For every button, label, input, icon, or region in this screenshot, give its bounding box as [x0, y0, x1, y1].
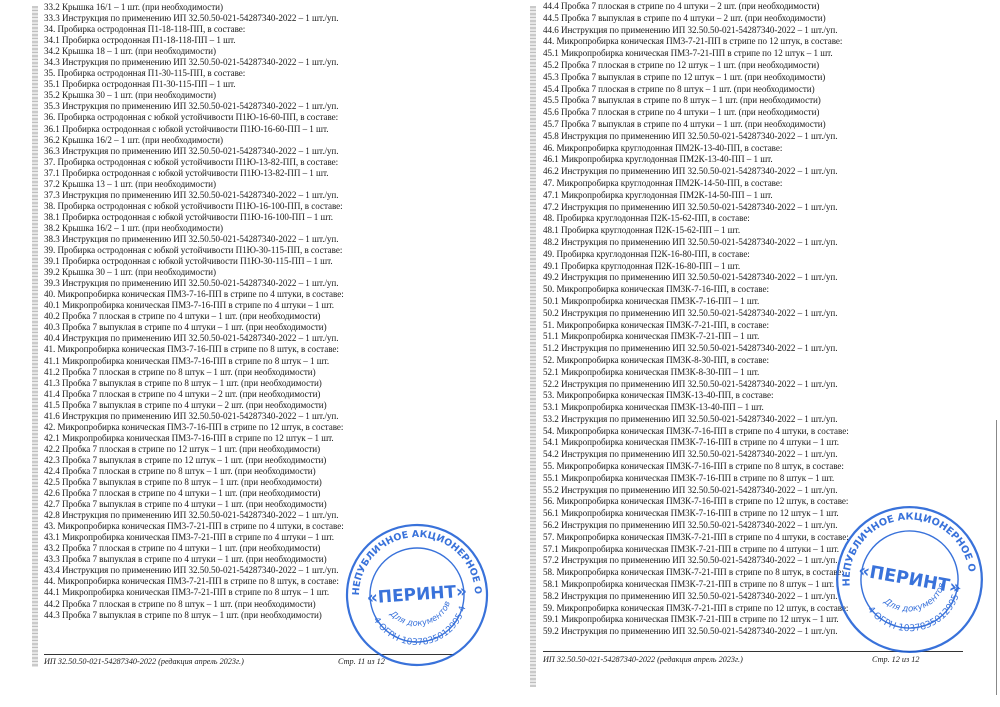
list-item: 51.2 Инструкция по применению ИП 32.50.5…	[543, 343, 849, 355]
list-item: 36.2 Крышка 16/2 – 1 шт. (при необходимо…	[44, 135, 344, 146]
list-item: 49. Пробирка круглодонная П2К-16-80-ПП, …	[543, 249, 849, 261]
item-list: 44.4 Пробка 7 плоская в стрипе по 4 штук…	[543, 1, 849, 638]
list-item: 34.3 Инструкция по применению ИП 32.50.5…	[44, 57, 344, 68]
list-item: 46.2 Инструкция по применению ИП 32.50.5…	[543, 166, 849, 178]
list-item: 38. Пробирка остродонная с юбкой устойчи…	[44, 201, 344, 212]
list-item: 40.4 Инструкция по применению ИП 32.50.5…	[44, 333, 344, 344]
list-item: 47. Микропробирка круглодонная ПМ2К-14-5…	[543, 178, 849, 190]
list-item: 43. Микропробирка коническая ПМ3-7-21-ПП…	[44, 521, 344, 532]
list-item: 45.6 Пробка 7 плоская в стрипе по 4 штук…	[543, 107, 849, 119]
list-item: 49.2 Инструкция по применению ИП 32.50.5…	[543, 272, 849, 284]
list-item: 35.2 Крышка 30 – 1 шт. (при необходимост…	[44, 90, 344, 101]
footer-document-code: ИП 32.50.50-021-54287340-2022 (редакция …	[543, 655, 743, 664]
list-item: 43.4 Инструкция по применению ИП 32.50.5…	[44, 565, 344, 576]
list-item: 33.3 Инструкция по применению ИП 32.50.5…	[44, 13, 344, 24]
list-item: 52.1 Микропробирка коническая ПМ3К-8-30-…	[543, 367, 849, 379]
company-stamp: НЕПУБЛИЧНОЕ АКЦИОНЕРНОЕ ОБЩЕСТВО 4 ОГРН …	[820, 490, 1000, 670]
list-item: 50.1 Микропробирка коническая ПМ3К-7-16-…	[543, 296, 849, 308]
list-item: 54. Микропробирка коническая ПМ3К-7-16-П…	[543, 426, 849, 438]
list-item: 47.1 Микропробирка круглодонная ПМ2К-14-…	[543, 190, 849, 202]
list-item: 55.1 Микропробирка коническая ПМ3К-7-16-…	[543, 473, 849, 485]
list-item: 38.2 Крышка 16/2 – 1 шт. (при необходимо…	[44, 223, 344, 234]
list-item: 42.8 Инструкция по применению ИП 32.50.5…	[44, 510, 344, 521]
list-item: 40. Микропробирка коническая ПМ3-7-16-ПП…	[44, 289, 344, 300]
list-item: 44.6 Инструкция по применению ИП 32.50.5…	[543, 25, 849, 37]
list-item: 44.5 Пробка 7 выпуклая в стрипе по 4 шту…	[543, 13, 849, 25]
list-item: 56.1 Микропробирка коническая ПМ3К-7-16-…	[543, 508, 849, 520]
list-item: 37.3 Инструкция по применению ИП 32.50.5…	[44, 190, 344, 201]
list-item: 42.7 Пробка 7 выпуклая в стрипе по 4 шту…	[44, 499, 344, 510]
list-item: 42.2 Пробка 7 плоская в стрипе по 12 шту…	[44, 444, 344, 455]
list-item: 50.2 Инструкция по применению ИП 32.50.5…	[543, 308, 849, 320]
list-item: 42.1 Микропробирка коническая ПМ3-7-16-П…	[44, 433, 344, 444]
list-item: 33.2 Крышка 16/1 – 1 шт. (при необходимо…	[44, 2, 344, 13]
list-item: 35. Пробирка остродонная П1-30-115-ПП, в…	[44, 68, 344, 79]
list-item: 42.6 Пробка 7 плоская в стрипе по 4 штук…	[44, 488, 344, 499]
list-item: 34.1 Пробирка остродонная П1-18-118-ПП –…	[44, 35, 344, 46]
list-item: 45.3 Пробка 7 выпуклая в стрипе по 12 шт…	[543, 72, 849, 84]
list-item: 43.3 Пробка 7 выпуклая в стрипе по 4 шту…	[44, 554, 344, 565]
list-item: 57.2 Инструкция по применению ИП 32.50.5…	[543, 555, 849, 567]
list-item: 36.1 Пробирка остродонная с юбкой устойч…	[44, 124, 344, 135]
list-item: 48. Пробирка круглодонная П2К-15-62-ПП, …	[543, 213, 849, 225]
list-item: 43.1 Микропробирка коническая ПМ3-7-21-П…	[44, 532, 344, 543]
list-item: 45.7 Пробка 7 выпуклая в стрипе по 4 шту…	[543, 119, 849, 131]
list-item: 45.8 Инструкция по применению ИП 32.50.5…	[543, 131, 849, 143]
list-item: 38.3 Инструкция по применению ИП 32.50.5…	[44, 234, 344, 245]
list-item: 41.1 Микропробирка коническая ПМ3-7-16-П…	[44, 356, 344, 367]
list-item: 39.3 Инструкция по применению ИП 32.50.5…	[44, 278, 344, 289]
list-item: 35.1 Пробирка остродонная П1-30-115-ПП –…	[44, 79, 344, 90]
list-item: 59.1 Микропробирка коническая ПМ3К-7-21-…	[543, 614, 849, 626]
list-item: 57. Микропробирка коническая ПМ3К-7-21-П…	[543, 532, 849, 544]
list-item: 44.2 Пробка 7 плоская в стрипе по 8 штук…	[44, 599, 344, 610]
list-item: 58.2 Инструкция по применению ИП 32.50.5…	[543, 591, 849, 603]
list-item: 40.1 Микропробирка коническая ПМ3-7-16-П…	[44, 300, 344, 311]
list-item: 51.1 Микропробирка коническая ПМ3К-7-21-…	[543, 331, 849, 343]
list-item: 36.3 Инструкция по применению ИП 32.50.5…	[44, 146, 344, 157]
list-item: 34.2 Крышка 18 – 1 шт. (при необходимост…	[44, 46, 344, 57]
list-item: 42.4 Пробка 7 плоская в стрипе по 8 штук…	[44, 466, 344, 477]
list-item: 53.2 Инструкция по применению ИП 32.50.5…	[543, 414, 849, 426]
list-item: 43.2 Пробка 7 плоская в стрипе по 4 штук…	[44, 543, 344, 554]
list-item: 44.3 Пробка 7 выпуклая в стрипе по 8 шту…	[44, 610, 344, 621]
list-item: 59. Микропробирка коническая ПМ3К-7-21-П…	[543, 603, 849, 615]
list-item: 56. Микропробирка коническая ПМ3К-7-16-П…	[543, 496, 849, 508]
list-item: 53. Микропробирка коническая ПМ3К-13-40-…	[543, 390, 849, 402]
list-item: 56.2 Инструкция по применению ИП 32.50.5…	[543, 520, 849, 532]
list-item: 51. Микропробирка коническая ПМ3К-7-21-П…	[543, 320, 849, 332]
stamp-seal-icon: НЕПУБЛИЧНОЕ АКЦИОНЕРНОЕ ОБЩЕСТВО 4 ОГРН …	[337, 515, 497, 675]
list-item: 44. Микропробирка коническая ПМ3-7-21-ПП…	[543, 36, 849, 48]
list-item: 52.2 Инструкция по применению ИП 32.50.5…	[543, 379, 849, 391]
list-item: 57.1 Микропробирка коническая ПМ3К-7-21-…	[543, 544, 849, 556]
list-item: 47.2 Инструкция по применению ИП 32.50.5…	[543, 202, 849, 214]
list-item: 46.1 Микропробирка круглодонная ПМ2К-13-…	[543, 154, 849, 166]
footer-document-code: ИП 32.50.50-021-54287340-2022 (редакция …	[44, 657, 244, 666]
scan-binding-edge	[32, 6, 38, 667]
list-item: 40.2 Пробка 7 плоская в стрипе по 4 штук…	[44, 311, 344, 322]
list-item: 44.1 Микропробирка коническая ПМ3-7-21-П…	[44, 587, 344, 598]
list-item: 41. Микропробирка коническая ПМ3-7-16-ПП…	[44, 344, 344, 355]
list-item: 46. Микропробирка круглодонная ПМ2К-13-4…	[543, 143, 849, 155]
item-list: 33.2 Крышка 16/1 – 1 шт. (при необходимо…	[44, 2, 344, 621]
list-item: 49.1 Пробирка круглодонная П2К-16-80-ПП …	[543, 261, 849, 273]
list-item: 45.4 Пробка 7 плоская в стрипе по 8 штук…	[543, 84, 849, 96]
list-item: 44.4 Пробка 7 плоская в стрипе по 4 штук…	[543, 1, 849, 13]
list-item: 39. Пробирка остродонная с юбкой устойчи…	[44, 245, 344, 256]
list-item: 52. Микропробирка коническая ПМ3К-8-30-П…	[543, 355, 849, 367]
list-item: 34. Пробирка остродонная П1-18-118-ПП, в…	[44, 24, 344, 35]
list-item: 42. Микропробирка коническая ПМ3-7-16-ПП…	[44, 422, 344, 433]
list-item: 41.6 Инструкция по применению ИП 32.50.5…	[44, 411, 344, 422]
list-item: 54.1 Микропробирка коническая ПМ3К-7-16-…	[543, 437, 849, 449]
list-item: 39.2 Крышка 30 – 1 шт. (при необходимост…	[44, 267, 344, 278]
list-item: 36. Пробирка остродонная с юбкой устойчи…	[44, 112, 344, 123]
list-item: 41.5 Пробка 7 выпуклая в стрипе по 4 шту…	[44, 400, 344, 411]
list-item: 37. Пробирка остродонная с юбкой устойчи…	[44, 157, 344, 168]
list-item: 37.2 Крышка 13 – 1 шт. (при необходимост…	[44, 179, 344, 190]
list-item: 58. Микропробирка коническая ПМ3К-7-21-П…	[543, 567, 849, 579]
list-item: 35.3 Инструкция по применению ИП 32.50.5…	[44, 101, 344, 112]
left-page: 33.2 Крышка 16/1 – 1 шт. (при необходимо…	[0, 0, 500, 707]
list-item: 38.1 Пробирка остродонная с юбкой устойч…	[44, 212, 344, 223]
list-item: 44. Микропробирка коническая ПМ3-7-21-ПП…	[44, 576, 344, 587]
list-item: 59.2 Инструкция по применению ИП 32.50.5…	[543, 626, 849, 638]
list-item: 41.4 Пробка 7 плоская в стрипе по 4 штук…	[44, 389, 344, 400]
list-item: 42.3 Пробка 7 выпуклая в стрипе по 12 шт…	[44, 455, 344, 466]
list-item: 58.1 Микропробирка коническая ПМ3К-7-21-…	[543, 579, 849, 591]
list-item: 41.2 Пробка 7 плоская в стрипе по 8 штук…	[44, 367, 344, 378]
list-item: 55. Микропробирка коническая ПМ3К-7-16-П…	[543, 461, 849, 473]
list-item: 48.2 Инструкция по применению ИП 32.50.5…	[543, 237, 849, 249]
list-item: 40.3 Пробка 7 выпуклая в стрипе по 4 шту…	[44, 322, 344, 333]
list-item: 39.1 Пробирка остродонная с юбкой устойч…	[44, 256, 344, 267]
list-item: 45.5 Пробка 7 выпуклая в стрипе по 8 шту…	[543, 95, 849, 107]
list-item: 37.1 Пробирка остродонная с юбкой устойч…	[44, 168, 344, 179]
scan-page-edge	[996, 420, 997, 695]
stamp-seal-icon: НЕПУБЛИЧНОЕ АКЦИОНЕРНОЕ ОБЩЕСТВО 4 ОГРН …	[820, 490, 1000, 670]
list-item: 41.3 Пробка 7 выпуклая в стрипе по 8 шту…	[44, 378, 344, 389]
list-item: 45.2 Пробка 7 плоская в стрипе по 12 шту…	[543, 60, 849, 72]
list-item: 55.2 Инструкция по применению ИП 32.50.5…	[543, 485, 849, 497]
list-item: 48.1 Пробирка круглодонная П2К-15-62-ПП …	[543, 225, 849, 237]
list-item: 53.1 Микропробирка коническая ПМ3К-13-40…	[543, 402, 849, 414]
svg-text:«ПЕРИНТ»: «ПЕРИНТ»	[857, 561, 962, 599]
list-item: 50. Микропробирка коническая ПМ3К-7-16-П…	[543, 284, 849, 296]
company-stamp: НЕПУБЛИЧНОЕ АКЦИОНЕРНОЕ ОБЩЕСТВО 4 ОГРН …	[337, 515, 497, 675]
list-item: 54.2 Инструкция по применению ИП 32.50.5…	[543, 449, 849, 461]
list-item: 42.5 Пробка 7 выпуклая в стрипе по 8 шту…	[44, 477, 344, 488]
scan-binding-edge	[530, 6, 536, 687]
list-item: 45.1 Микропробирка коническая ПМ3-7-21-П…	[543, 48, 849, 60]
